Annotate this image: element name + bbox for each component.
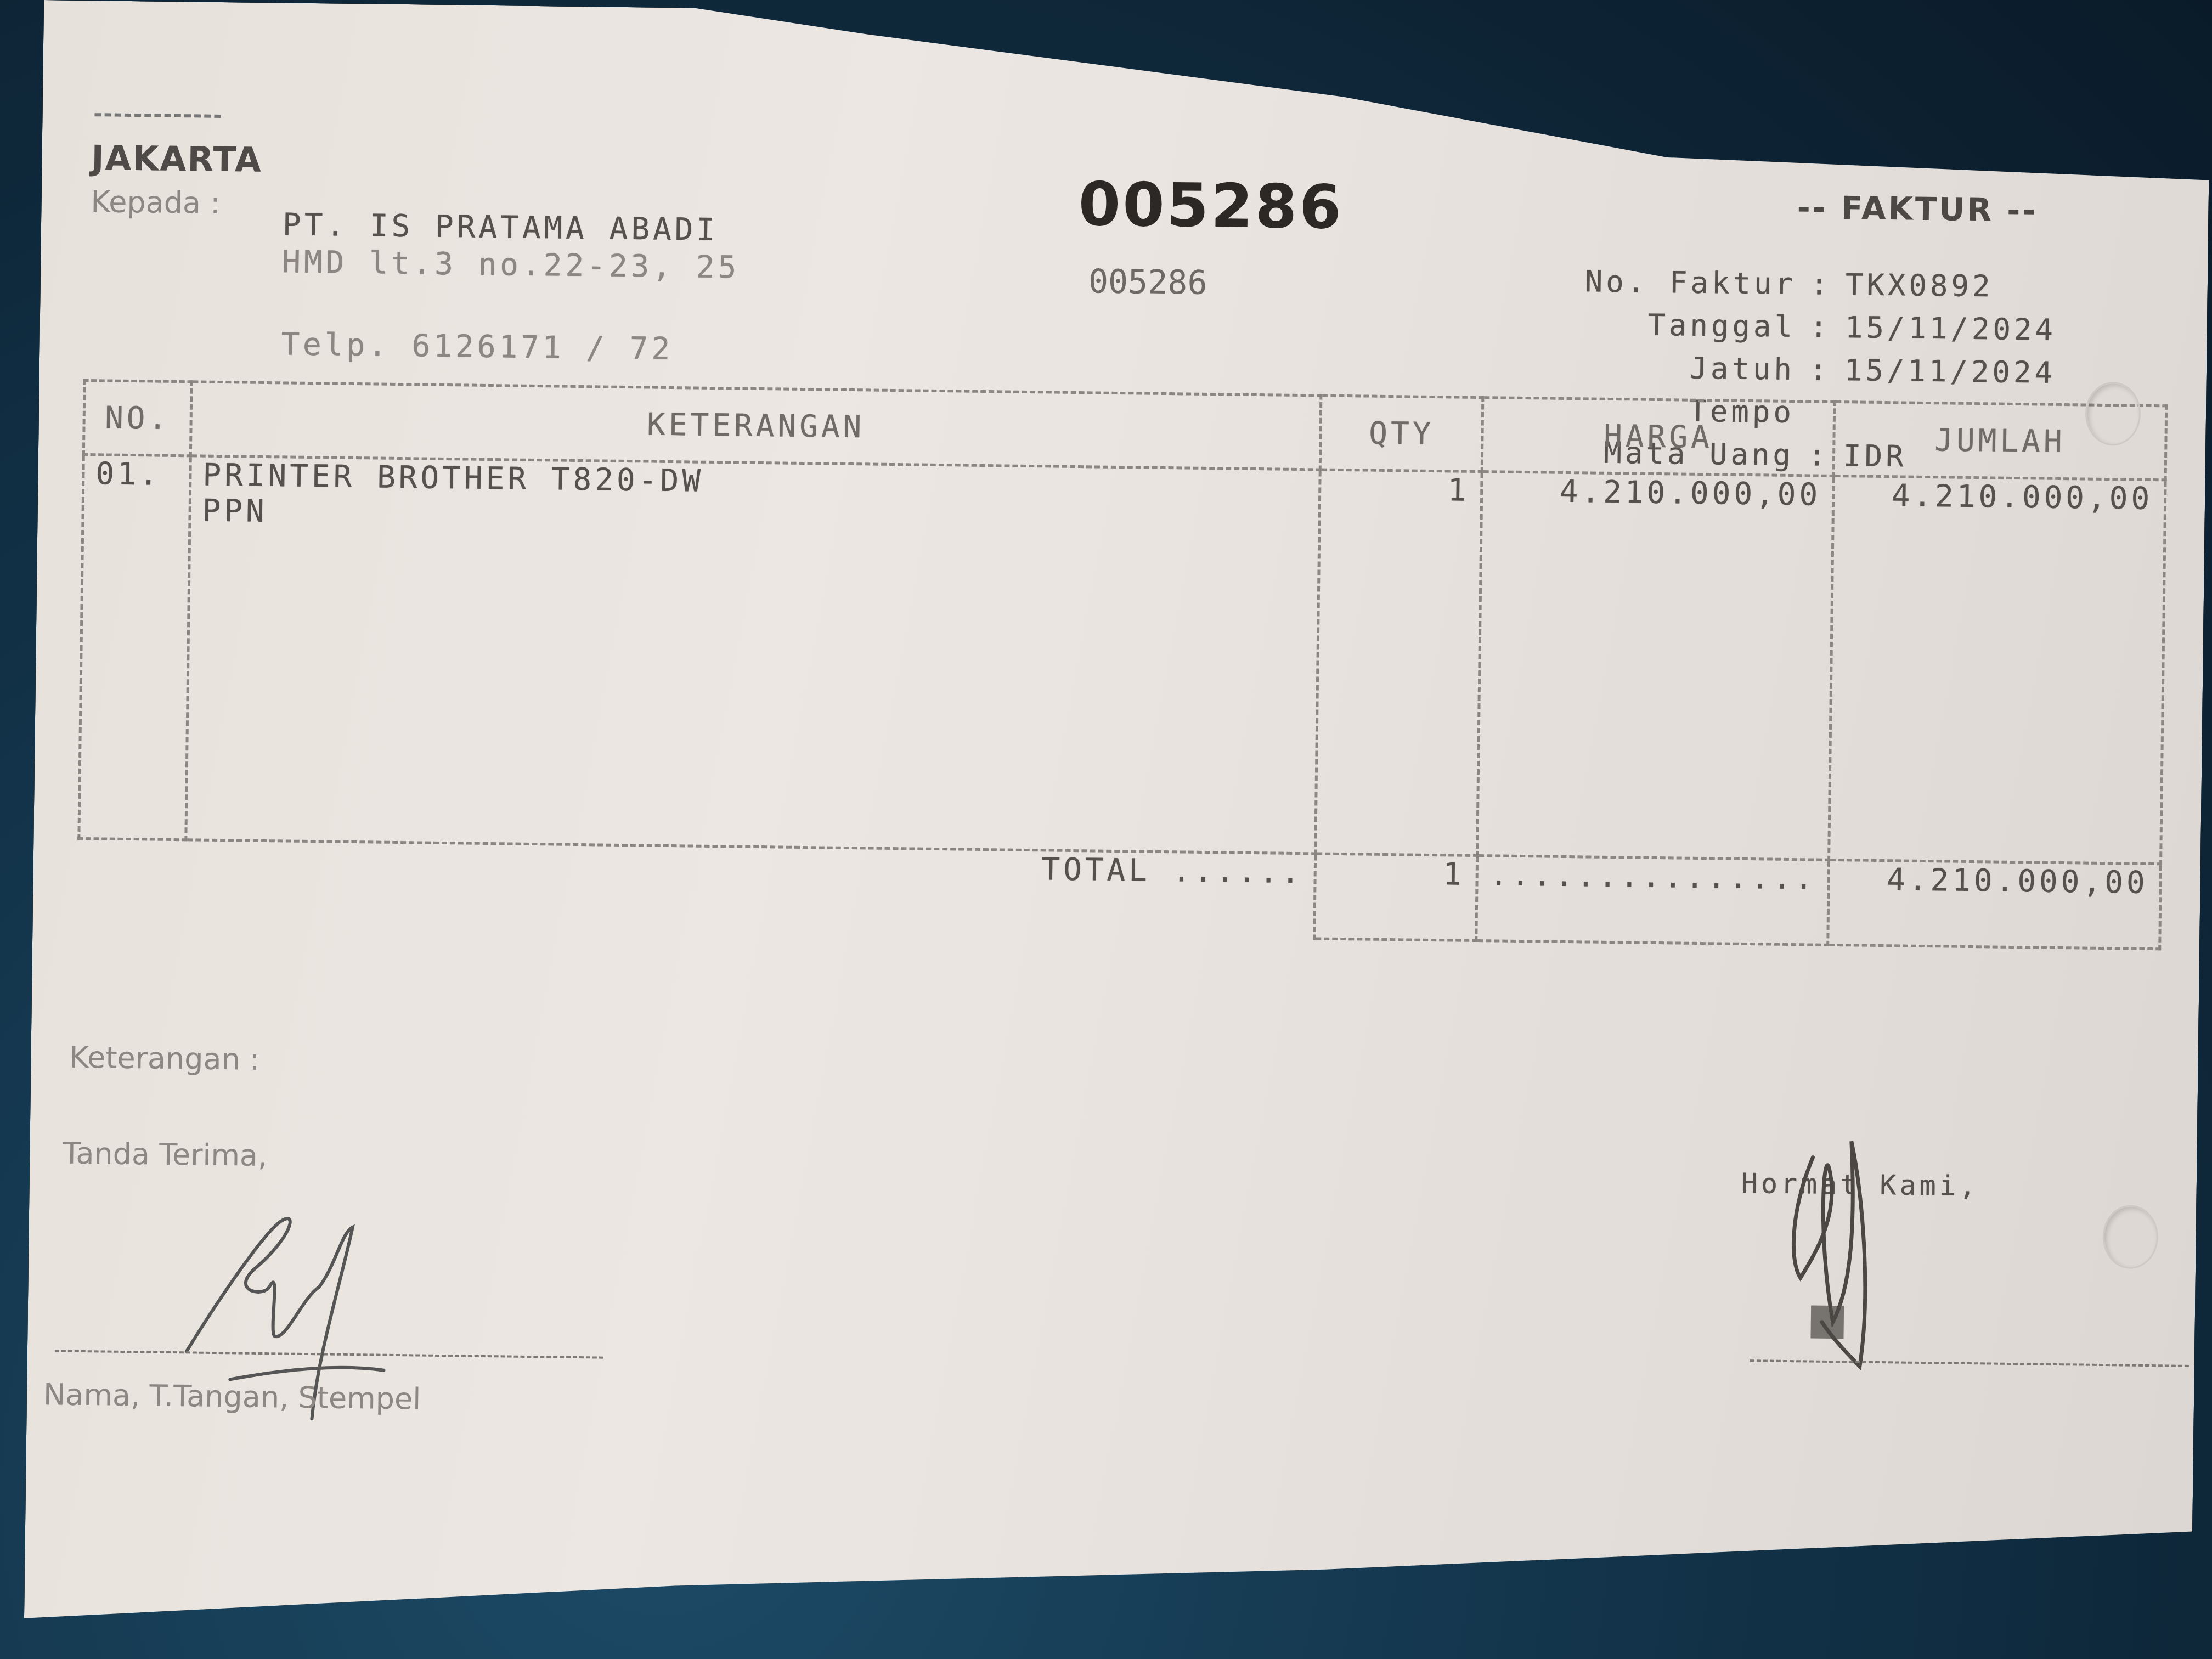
meta-invoice-number: No. Faktur: TKX0892 [1565, 260, 2057, 309]
total-label: TOTAL ...... [185, 840, 1316, 939]
meta-value: TKX0892 [1845, 263, 1994, 308]
col-header-qty: QTY [1320, 396, 1483, 472]
cell-description: PRINTER BROTHER T820-DW PPN [186, 456, 1321, 854]
table-row: 01. PRINTER BROTHER T820-DW PPN 1 4.210.… [79, 454, 2165, 864]
received-caption: Nama, T.Tangan, Stempel [43, 1377, 421, 1416]
meta-key: Tanggal [1565, 303, 1796, 348]
header-divider [94, 113, 221, 118]
invoice-paper: JAKARTA Kepada : PT. IS PRATAMA ABADI HM… [24, 0, 2211, 1645]
cell-price: 4.210.000,00 [1477, 472, 1833, 860]
col-header-no: NO. [83, 380, 191, 455]
document-title: -- FAKTUR -- [1797, 189, 2038, 229]
punch-hole-icon [2102, 1205, 2158, 1269]
cell-qty: 1 [1316, 470, 1482, 856]
received-label: Tanda Terima, [63, 1136, 268, 1173]
total-qty: 1 [1314, 854, 1477, 941]
recipient-address: HMD lt.3 no.22-23, 25 [282, 244, 740, 285]
total-price-filler: ............... [1476, 856, 1829, 945]
recipient-phone: Telp. 6126171 / 72 [281, 326, 674, 367]
cell-amount: 4.210.000,00 [1829, 476, 2166, 864]
cell-no: 01. [79, 454, 191, 839]
city-label: JAKARTA [91, 138, 262, 180]
notes-label: Keterangan : [69, 1040, 260, 1077]
col-header-price: HARGA [1482, 398, 1834, 476]
document-number: 005286 [1078, 169, 1344, 242]
items-table: NO. KETERANGAN QTY HARGA JUMLAH 01. PRIN… [76, 379, 2168, 950]
sender-signature-icon [1766, 1124, 1934, 1390]
recipient-label: Kepada : [91, 184, 221, 221]
meta-key: No. Faktur [1565, 260, 1796, 306]
meta-date: Tanggal: 15/11/2024 [1565, 303, 2057, 352]
meta-value: 15/11/2024 [1844, 306, 2056, 352]
document-number-carbon: 005286 [1088, 262, 1207, 302]
total-amount: 4.210.000,00 [1828, 860, 2161, 949]
col-header-description: KETERANGAN [190, 382, 1321, 470]
recipient-name: PT. IS PRATAMA ABADI [283, 207, 719, 248]
